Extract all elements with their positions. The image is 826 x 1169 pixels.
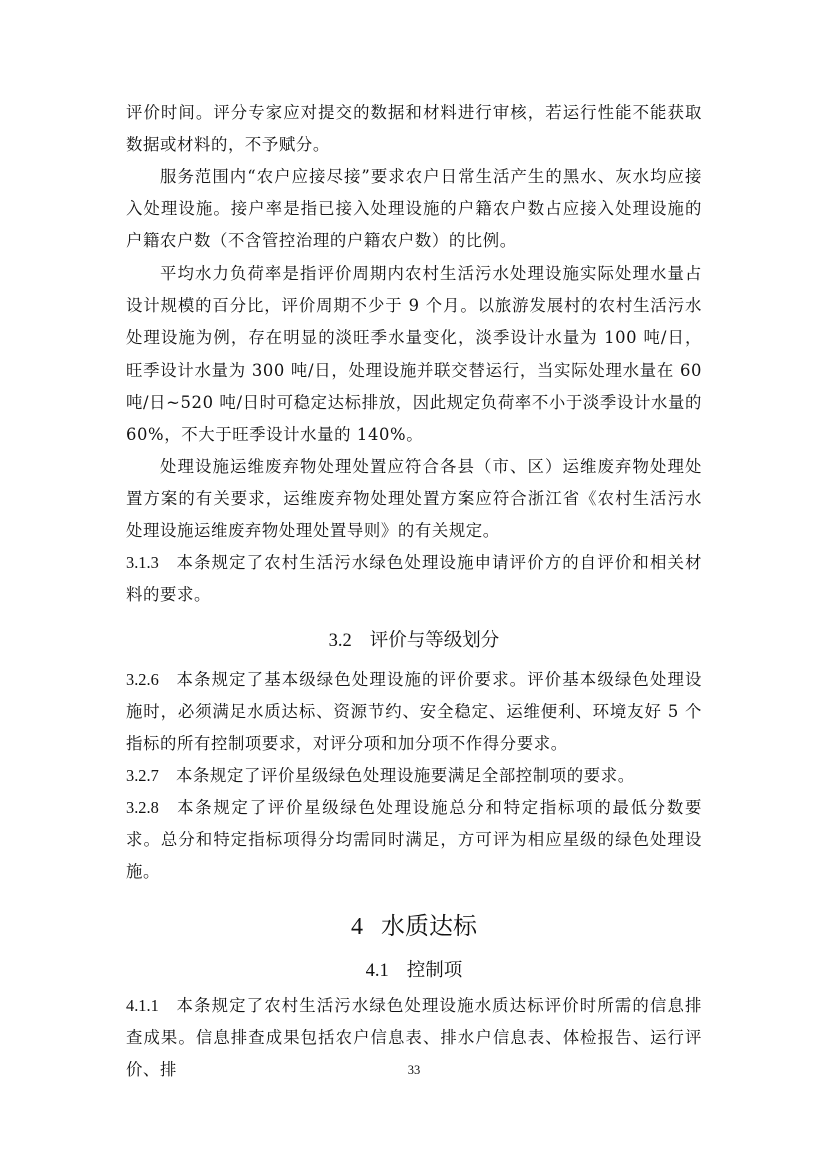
clause-text: 本条规定了评价星级绿色处理设施总分和特定指标项的最低分数要求。总分和特定指标项得…: [126, 798, 702, 881]
paragraph-evaluation-time: 评价时间。评分专家应对提交的数据和材料进行审核，若运行性能不能获取数据或材料的，…: [126, 97, 702, 161]
chapter-heading-4: 4水质达标: [126, 906, 702, 941]
page-number: 33: [126, 1063, 702, 1078]
paragraph-household-connection: 服务范围内“农户应接尽接”要求农户日常生活产生的黑水、灰水均应接入处理设施。接户…: [126, 161, 702, 258]
clause-3-2-6: 3.2.6本条规定了基本级绿色处理设施的评价要求。评价基本级绿色处理设施时，必须…: [126, 664, 702, 761]
clause-number: 3.2.7: [126, 760, 176, 792]
clause-3-2-8: 3.2.8本条规定了评价星级绿色处理设施总分和特定指标项的最低分数要求。总分和特…: [126, 792, 702, 889]
section-number: 3.2: [329, 631, 352, 651]
clause-number: 3.2.6: [126, 664, 176, 696]
clause-3-1-3: 3.1.3本条规定了农村生活污水绿色处理设施申请评价方的自评价和相关材料的要求。: [126, 547, 702, 611]
paragraph-waste-disposal: 处理设施运维废弃物处理处置应符合各县（市、区）运维废弃物处理处置方案的有关要求，…: [126, 451, 702, 548]
paragraph-hydraulic-load-rate: 平均水力负荷率是指评价周期内农村生活污水处理设施实际处理水量占设计规模的百分比，…: [126, 258, 702, 451]
clause-text: 本条规定了农村生活污水绿色处理设施申请评价方的自评价和相关材料的要求。: [126, 553, 702, 604]
section-heading-3-2: 3.2评价与等级划分: [126, 626, 702, 652]
chapter-number: 4: [351, 914, 363, 940]
chapter-title: 水质达标: [381, 912, 477, 940]
clause-number: 3.1.3: [126, 547, 176, 579]
section-heading-4-1: 4.1控制项: [126, 956, 702, 982]
clause-number: 4.1.1: [126, 990, 176, 1022]
section-title: 控制项: [407, 960, 463, 981]
clause-number: 3.2.8: [126, 792, 176, 824]
section-title: 评价与等级划分: [370, 630, 500, 651]
clause-text: 本条规定了评价星级绿色处理设施要满足全部控制项的要求。: [176, 766, 635, 785]
clause-text: 本条规定了基本级绿色处理设施的评价要求。评价基本级绿色处理设施时，必须满足水质达…: [126, 670, 702, 753]
clause-3-2-7: 3.2.7本条规定了评价星级绿色处理设施要满足全部控制项的要求。: [126, 760, 702, 792]
section-number: 4.1: [366, 961, 389, 981]
